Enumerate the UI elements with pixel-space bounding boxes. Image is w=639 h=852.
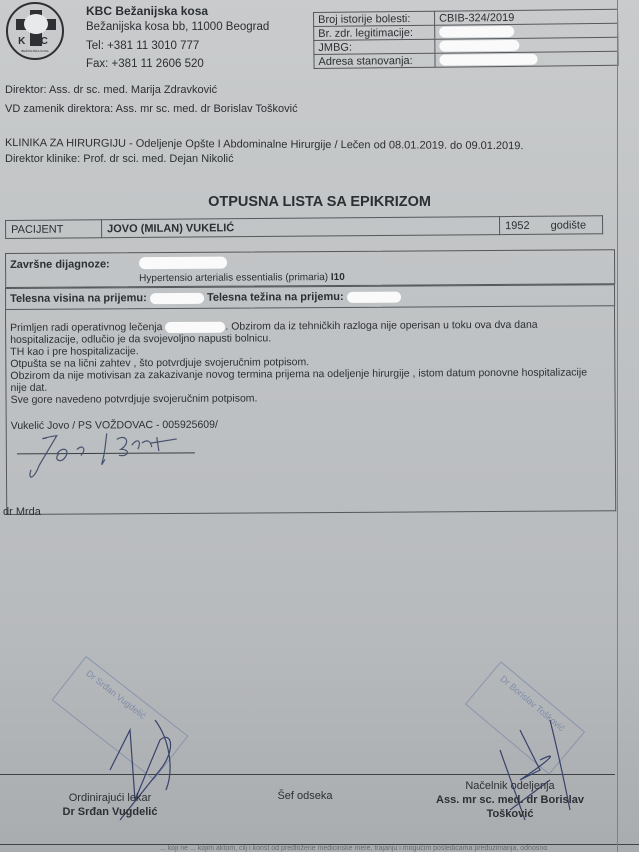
height-label: Telesna visina na prijemu: bbox=[10, 292, 147, 305]
patient-signature-icon bbox=[17, 429, 217, 490]
epicrisis-section: Primljen radi operativnog lečenja . Obzi… bbox=[5, 306, 616, 515]
redacted-value bbox=[439, 40, 519, 52]
department-head-label: Načelnik odeljenja bbox=[420, 780, 600, 792]
hospital-fax: Fax: +381 11 2606 520 bbox=[86, 58, 204, 70]
hospital-tel: Tel: +381 11 3010 777 bbox=[86, 40, 199, 52]
weight-label: Telesna težina na prijemu: bbox=[207, 291, 344, 304]
deputy-director-line: VD zamenik direktora: Ass. mr sc. med. d… bbox=[5, 103, 298, 115]
clinic-line: KLINIKA ZA HIRURGIJU - Odeljenje Opšte I… bbox=[5, 137, 524, 152]
table-row: Adresa stanovanja: bbox=[314, 51, 618, 68]
redacted-procedure bbox=[165, 321, 225, 332]
redacted-value bbox=[439, 54, 537, 66]
department-head-surname: Tošković bbox=[420, 808, 600, 820]
diagnosis-item: Hypertensio arterialis essentialis (prim… bbox=[139, 272, 345, 284]
patient-label: PACIJENT bbox=[6, 220, 102, 239]
department-head-name: Ass. mr sc. med. dr Borislav bbox=[420, 794, 600, 806]
diagnoses-label: Završne dijagnoze: bbox=[10, 258, 110, 271]
section-chief-label: Šef odseka bbox=[245, 790, 365, 802]
patient-row: PACIJENT JOVO (MILAN) VUKELIĆ 1952 godiš… bbox=[5, 215, 603, 239]
hospital-name: KBC Bežanijska kosa bbox=[86, 4, 208, 18]
footer-text: ... koji ne ... kojim aktom, cilj i kori… bbox=[160, 845, 547, 852]
attending-name: Dr Srđan Vugdelić bbox=[20, 806, 200, 818]
hospital-logo: KBC BEŽANIJSKA KOSA bbox=[6, 2, 64, 60]
patient-info-table: Broj istorije bolesti: CBIB-324/2019 Br.… bbox=[313, 9, 619, 69]
birth-year: 1952 bbox=[505, 219, 530, 231]
clinic-director: Direktor klinike: Prof. dr sci. med. Dej… bbox=[5, 153, 234, 165]
redacted-weight bbox=[347, 291, 401, 302]
redacted-diagnosis bbox=[139, 257, 227, 270]
doctor-name: dr Mrda bbox=[3, 506, 41, 518]
birth-year-label: godište bbox=[551, 219, 587, 231]
patient-name: JOVO (MILAN) VUKELIĆ bbox=[102, 217, 500, 238]
redacted-value bbox=[439, 26, 514, 38]
document-title: OTPUSNA LISTA SA EPIKRIZOM bbox=[0, 194, 639, 210]
redacted-height bbox=[150, 292, 204, 303]
director-line: Direktor: Ass. dr sc. med. Marija Zdravk… bbox=[5, 84, 217, 96]
hospital-address: Bežanijska kosa bb, 11000 Beograd bbox=[86, 21, 269, 33]
diagnoses-section: Završne dijagnoze: Hypertensio arteriali… bbox=[5, 249, 615, 288]
page-edge bbox=[617, 0, 618, 852]
attending-label: Ordinirajući lekar bbox=[20, 792, 200, 804]
